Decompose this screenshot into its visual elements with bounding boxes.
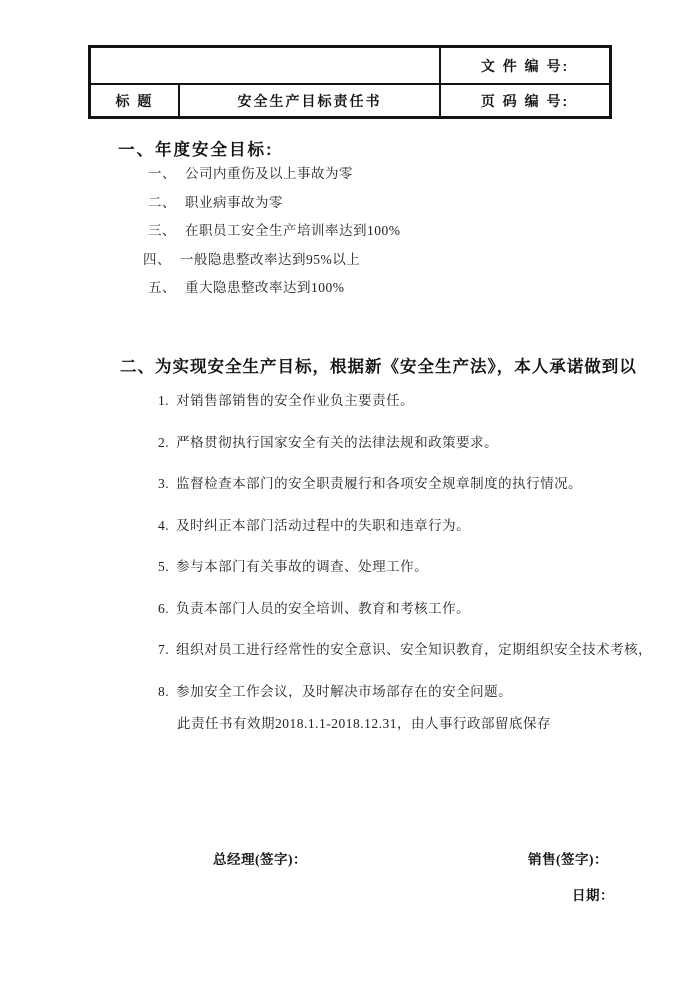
- goal-item: 五、重大隐患整改率达到100%: [148, 281, 401, 295]
- commitment-item: 7.组织对员工进行经常性的安全意识、安全知识教育，定期组织安全技术考核，: [158, 642, 652, 657]
- annual-goals-list: 一、公司内重伤及以上事故为零 二、职业病事故为零 三、在职员工安全生产培训率达到…: [148, 167, 401, 310]
- commitment-text: 组织对员工进行经常性的安全意识、安全知识教育，定期组织安全技术考核，: [176, 642, 652, 657]
- goal-text: 在职员工安全生产培训率达到100%: [185, 223, 401, 238]
- header-table-row-2: 标 题 安全生产目标责任书 页 码 编 号:: [91, 83, 609, 116]
- commitment-item: 4.及时纠正本部门活动过程中的失职和违章行为。: [158, 518, 652, 533]
- page-number-cell: 页 码 编 号:: [439, 85, 609, 116]
- commitment-text: 负责本部门人员的安全培训、教育和考核工作。: [176, 601, 470, 616]
- date-label: 日期：: [572, 884, 614, 904]
- goal-item: 二、职业病事故为零: [148, 196, 401, 210]
- goal-number: 一、: [148, 166, 176, 181]
- goal-number: 二、: [148, 195, 176, 210]
- goal-text: 重大隐患整改率达到100%: [185, 280, 345, 295]
- section2-heading: 二、为实现安全生产目标，根据新《安全生产法》，本人承诺做到以: [120, 353, 637, 377]
- commitment-number: 5.: [158, 559, 169, 574]
- commitment-number: 6.: [158, 601, 169, 616]
- goal-item: 一、公司内重伤及以上事故为零: [148, 167, 401, 181]
- section1-heading: 一、年度安全目标:: [118, 136, 274, 160]
- doc-number-label: 文 件 编 号:: [481, 56, 569, 76]
- commitment-item: 3.监督检查本部门的安全职责履行和各项安全规章制度的执行情况。: [158, 476, 652, 491]
- commitment-item: 5.参与本部门有关事故的调查、处理工作。: [158, 559, 652, 574]
- goal-text: 职业病事故为零: [185, 195, 283, 210]
- document-title-cell: 安全生产目标责任书: [178, 85, 439, 116]
- validity-note: 此责任书有效期2018.1.1-2018.12.31，由人事行政部留底保存: [177, 712, 551, 732]
- commitment-item: 1.对销售部销售的安全作业负主要责任。: [158, 393, 652, 408]
- title-label-cell: 标 题: [91, 85, 178, 116]
- commitment-number: 4.: [158, 518, 169, 533]
- header-table: 文 件 编 号: 标 题 安全生产目标责任书 页 码 编 号:: [88, 45, 612, 119]
- general-manager-signature-label: 总经理(签字)：: [213, 848, 307, 868]
- goal-text: 一般隐患整改率达到95%以上: [180, 252, 360, 267]
- goal-item: 三、在职员工安全生产培训率达到100%: [148, 224, 401, 238]
- commitment-text: 监督检查本部门的安全职责履行和各项安全规章制度的执行情况。: [176, 476, 582, 491]
- document-page: 文 件 编 号: 标 题 安全生产目标责任书 页 码 编 号: 一、年度安全目标…: [0, 0, 700, 990]
- document-title: 安全生产目标责任书: [238, 91, 382, 111]
- commitment-text: 严格贯彻执行国家安全有关的法律法规和政策要求。: [176, 435, 498, 450]
- commitment-text: 对销售部销售的安全作业负主要责任。: [176, 393, 414, 408]
- goal-item: 四、一般隐患整改率达到95%以上: [143, 253, 401, 267]
- goal-number: 四、: [143, 252, 171, 267]
- commitment-number: 3.: [158, 476, 169, 491]
- goal-number: 三、: [148, 223, 176, 238]
- commitment-item: 6.负责本部门人员的安全培训、教育和考核工作。: [158, 601, 652, 616]
- commitment-item: 8.参加安全工作会议，及时解决市场部存在的安全问题。: [158, 684, 652, 699]
- goal-text: 公司内重伤及以上事故为零: [185, 166, 353, 181]
- commitment-text: 参加安全工作会议，及时解决市场部存在的安全问题。: [176, 684, 512, 699]
- commitments-list: 1.对销售部销售的安全作业负主要责任。 2.严格贯彻执行国家安全有关的法律法规和…: [158, 393, 652, 725]
- commitment-number: 7.: [158, 642, 169, 657]
- goal-number: 五、: [148, 280, 176, 295]
- header-table-row-1: 文 件 编 号:: [91, 48, 609, 83]
- header-blank-cell: [91, 48, 439, 83]
- commitment-number: 2.: [158, 435, 169, 450]
- sales-signature-label: 销售(签字)：: [528, 848, 608, 868]
- commitment-number: 8.: [158, 684, 169, 699]
- commitment-number: 1.: [158, 393, 169, 408]
- commitment-text: 参与本部门有关事故的调查、处理工作。: [176, 559, 428, 574]
- commitment-item: 2.严格贯彻执行国家安全有关的法律法规和政策要求。: [158, 435, 652, 450]
- page-number-label: 页 码 编 号:: [481, 91, 569, 111]
- title-label: 标 题: [116, 91, 154, 111]
- doc-number-cell: 文 件 编 号:: [439, 48, 609, 83]
- commitment-text: 及时纠正本部门活动过程中的失职和违章行为。: [176, 518, 470, 533]
